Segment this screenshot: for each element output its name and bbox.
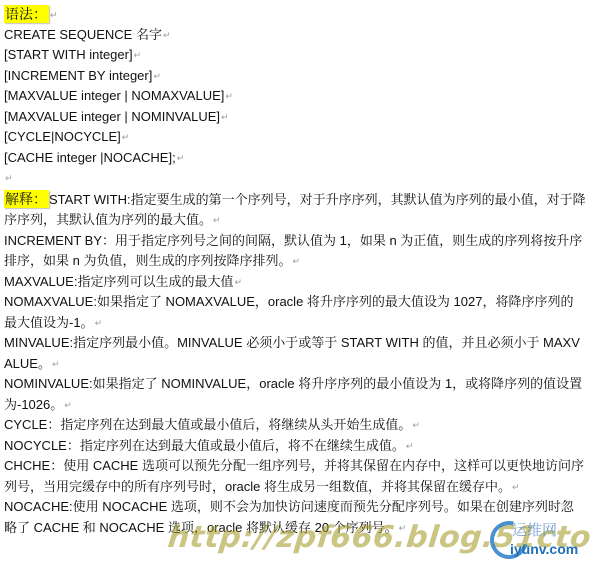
paragraph-mark-icon: ↵	[412, 420, 420, 430]
paragraph-mark-icon: ↵	[153, 71, 161, 81]
paragraph-mark-icon: ↵	[213, 215, 221, 225]
paragraph-mark-icon: ↵	[64, 400, 72, 410]
explanation-text: NOCYCLE：指定序列在达到最大值或最小值后，将不在继续生成值。	[4, 438, 405, 453]
paragraph-mark-icon: ↵	[122, 132, 130, 142]
explanation-text: MINVALUE:指定序列最小值。MINVALUE 必须小于或等于 START …	[4, 335, 580, 371]
explanation-item: MINVALUE:指定序列最小值。MINVALUE 必须小于或等于 START …	[4, 333, 586, 374]
explanation-text: NOMINVALUE:如果指定了 NOMINVALUE，oracle 将升序序列…	[4, 376, 582, 412]
paragraph-mark-icon: ↵	[134, 50, 142, 60]
explanation-item: INCREMENT BY：用于指定序列号之间的间隔，默认值为 1，如果 n 为正…	[4, 231, 586, 272]
paragraph-mark-icon: ↵	[512, 482, 520, 492]
explanation-item: NOCYCLE：指定序列在达到最大值或最小值后，将不在继续生成值。↵	[4, 436, 586, 457]
syntax-heading: 语法：	[4, 5, 49, 23]
syntax-line: [MAXVALUE integer | NOMAXVALUE]↵	[4, 86, 586, 107]
explanation-text: NOCACHE:使用 NOCACHE 选项，则不会为加快访问速度而预先分配序列号…	[4, 499, 574, 535]
logo-english-text: iyunv.com	[510, 541, 578, 557]
explanation-item: 解释：START WITH:指定要生成的第一个序列号，对于升序序列，其默认值为序…	[4, 189, 586, 231]
syntax-line: [MAXVALUE integer | NOMINVALUE]↵	[4, 107, 586, 128]
explanation-text: START WITH:指定要生成的第一个序列号，对于升序序列，其默认值为序列的最…	[4, 192, 586, 228]
syntax-line-text: [START WITH integer]	[4, 47, 133, 62]
paragraph-mark-icon: ↵	[163, 30, 171, 40]
paragraph-mark-icon: ↵	[399, 523, 407, 533]
paragraph-mark-icon: ↵	[225, 91, 233, 101]
paragraph-mark-icon: ↵	[177, 153, 185, 163]
paragraph-mark-icon: ↵	[234, 277, 242, 287]
explanation-item: MAXVALUE:指定序列可以生成的最大值↵	[4, 272, 586, 293]
explanation-item: NOMAXVALUE:如果指定了 NOMAXVALUE，oracle 将升序序列…	[4, 292, 586, 333]
empty-line: ↵	[4, 168, 586, 189]
paragraph-mark-icon: ↵	[221, 112, 229, 122]
paragraph-mark-icon: ↵	[292, 256, 300, 266]
syntax-line-text: [MAXVALUE integer | NOMINVALUE]	[4, 109, 220, 124]
syntax-line: [START WITH integer]↵	[4, 45, 586, 66]
explanation-item: CHCHE：使用 CACHE 选项可以预先分配一组序列号，并将其保留在内存中，这…	[4, 456, 586, 497]
explanation-heading: 解释：	[4, 190, 49, 208]
explanation-text: MAXVALUE:指定序列可以生成的最大值	[4, 274, 233, 289]
explanation-text: CHCHE：使用 CACHE 选项可以预先分配一组序列号，并将其保留在内存中，这…	[4, 458, 584, 494]
syntax-line-text: [CACHE integer |NOCACHE];	[4, 150, 176, 165]
syntax-line: [INCREMENT BY integer]↵	[4, 66, 586, 87]
paragraph-mark-icon: ↵	[5, 173, 13, 183]
syntax-line-text: CREATE SEQUENCE 名字	[4, 27, 162, 42]
explanation-text: CYCLE：指定序列在达到最大值或最小值后，将继续从头开始生成值。	[4, 417, 411, 432]
syntax-line: [CYCLE|NOCYCLE]↵	[4, 127, 586, 148]
paragraph-mark-icon: ↵	[52, 359, 60, 369]
explanation-item: NOCACHE:使用 NOCACHE 选项，则不会为加快访问速度而预先分配序列号…	[4, 497, 586, 538]
explanation-text: NOMAXVALUE:如果指定了 NOMAXVALUE，oracle 将升序序列…	[4, 294, 573, 330]
document-body: 语法：↵ CREATE SEQUENCE 名字↵ [START WITH int…	[4, 4, 586, 538]
syntax-line-text: [MAXVALUE integer | NOMAXVALUE]	[4, 88, 224, 103]
explanation-item: NOMINVALUE:如果指定了 NOMINVALUE，oracle 将升序序列…	[4, 374, 586, 415]
explanation-item: CYCLE：指定序列在达到最大值或最小值后，将继续从头开始生成值。↵	[4, 415, 586, 436]
syntax-line-text: [CYCLE|NOCYCLE]	[4, 129, 121, 144]
syntax-line: [CACHE integer |NOCACHE];↵	[4, 148, 586, 169]
syntax-heading-line: 语法：↵	[4, 4, 586, 25]
syntax-line-text: [INCREMENT BY integer]	[4, 68, 152, 83]
paragraph-mark-icon: ↵	[50, 10, 58, 20]
syntax-line: CREATE SEQUENCE 名字↵	[4, 25, 586, 46]
paragraph-mark-icon: ↵	[95, 318, 103, 328]
paragraph-mark-icon: ↵	[406, 441, 414, 451]
